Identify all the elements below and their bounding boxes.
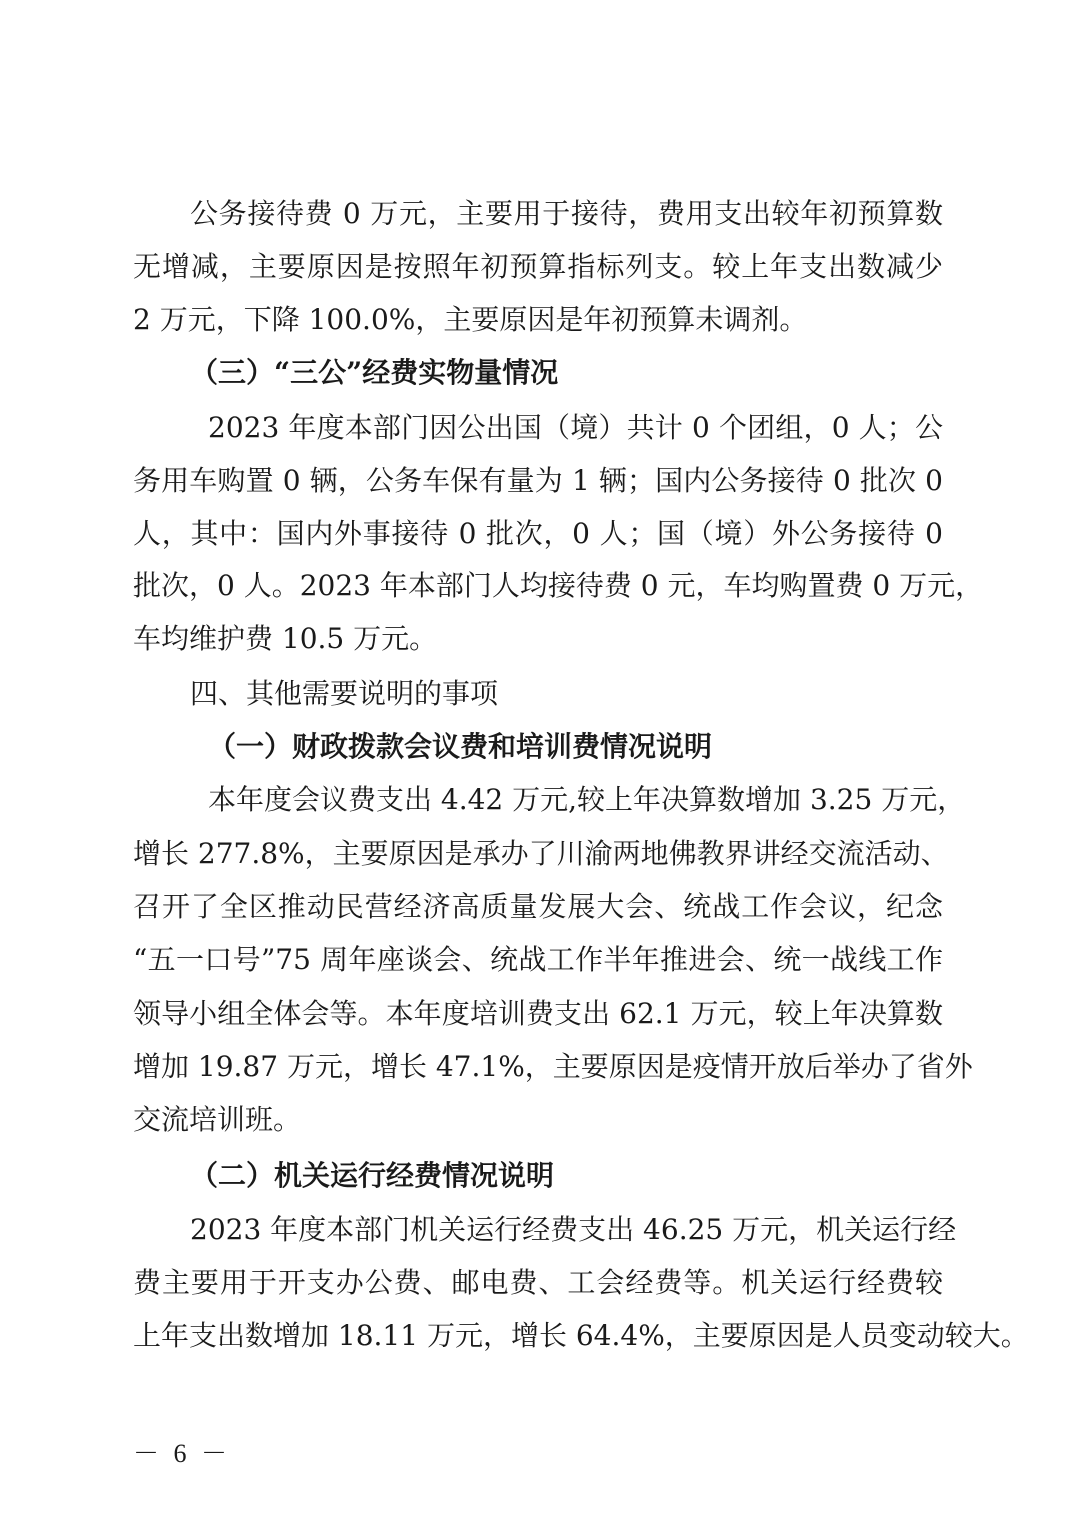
section-heading-physical-quantity: （三）“三公”经费实物量情况	[190, 355, 558, 391]
text-line: 2023 年度本部门因公出国（境）共计 0 个团组，0 人；公	[208, 410, 943, 446]
text-line: 本年度会议费支出 4.42 万元,较上年决算数增加 3.25 万元，	[208, 782, 943, 818]
text-line: 交流培训班。	[133, 1102, 943, 1138]
text-line: 2023 年度本部门机关运行经费支出 46.25 万元，机关运行经	[190, 1212, 943, 1248]
text-line: 领导小组全体会等。本年度培训费支出 62.1 万元，较上年决算数	[133, 996, 943, 1032]
text-line: 批次，0 人。2023 年本部门人均接待费 0 元，车均购置费 0 万元，	[133, 568, 943, 604]
text-line: 人，其中：国内外事接待 0 批次，0 人；国（境）外公务接待 0	[133, 516, 943, 552]
section-heading-operating-expenses: （二）机关运行经费情况说明	[190, 1158, 554, 1194]
text-line: 无增减，主要原因是按照年初预算指标列支。较上年支出数减少	[133, 249, 943, 285]
document-page: 公务接待费 0 万元，主要用于接待，费用支出较年初预算数 无增减，主要原因是按照…	[0, 0, 1075, 1520]
section-heading-meeting-training: （一）财政拨款会议费和培训费情况说明	[208, 729, 712, 765]
page-number: － 6 －	[133, 1438, 231, 1470]
text-line: 务用车购置 0 辆，公务车保有量为 1 辆；国内公务接待 0 批次 0	[133, 463, 943, 499]
text-line: 增加 19.87 万元，增长 47.1%，主要原因是疫情开放后举办了省外	[133, 1049, 943, 1085]
text-line: 2 万元，下降 100.0%，主要原因是年初预算未调剂。	[133, 302, 943, 338]
text-line: 召开了全区推动民营经济高质量发展大会、统战工作会议，纪念	[133, 889, 943, 925]
text-line: 上年支出数增加 18.11 万元，增长 64.4%，主要原因是人员变动较大。	[133, 1318, 943, 1354]
text-line: “五一口号”75 周年座谈会、统战工作半年推进会、统一战线工作	[133, 942, 943, 978]
text-line: 增长 277.8%，主要原因是承办了川渝两地佛教界讲经交流活动、	[133, 836, 943, 872]
section-heading-other-matters: 四、其他需要说明的事项	[190, 676, 498, 712]
text-line: 费主要用于开支办公费、邮电费、工会经费等。机关运行经费较	[133, 1265, 943, 1301]
text-line: 车均维护费 10.5 万元。	[133, 621, 943, 657]
text-line: 公务接待费 0 万元，主要用于接待，费用支出较年初预算数	[190, 196, 943, 232]
